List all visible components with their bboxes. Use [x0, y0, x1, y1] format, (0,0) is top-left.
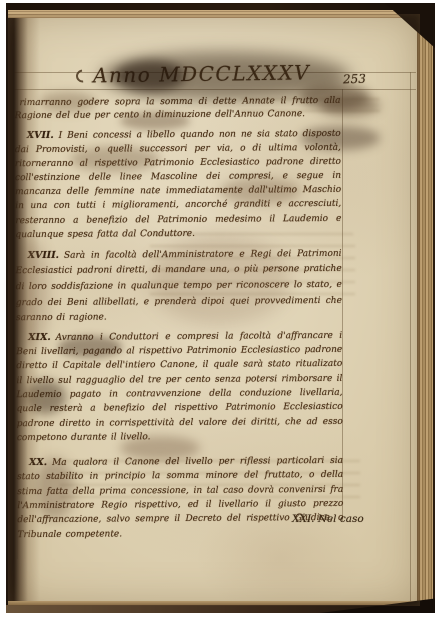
- paragraph: rimarranno godere sopra la somma di dett…: [14, 94, 340, 123]
- paragraph: XX.Ma qualora il Canone del livello per …: [17, 454, 344, 542]
- page-number: 253: [343, 72, 366, 87]
- paragraph: XVIII.Sarà in facoltà dell'Amministrator…: [16, 246, 343, 327]
- paragraph: XIX.Avranno i Conduttori e compresi la f…: [16, 329, 343, 446]
- calligraphic-flourish-icon: [73, 67, 91, 85]
- paragraph-text: I Beni concessi a libello quando non ne …: [15, 129, 342, 240]
- paragraph-number: XVII.: [27, 130, 59, 141]
- paragraph-number: XVIII.: [28, 250, 64, 261]
- ruled-line-header-bottom: [12, 89, 416, 90]
- paragraph-number: XIX.: [28, 332, 56, 343]
- catchword: XXI. Nel caso: [292, 513, 364, 525]
- paragraph-text: Sarà in facoltà dell'Amministratore e Re…: [16, 249, 342, 324]
- year-heading: Anno MDCCLXXXV: [76, 60, 310, 87]
- year-heading-text: Anno MDCCLXXXV: [93, 60, 310, 87]
- ruled-line-outer-right-margin: [410, 72, 411, 602]
- paragraph-text: Ma qualora il Canone del livello per rif…: [17, 456, 343, 540]
- paragraph-text: rimarranno godere sopra la somma di dett…: [15, 96, 341, 121]
- manuscript-text: rimarranno godere sopra la somma di dett…: [14, 94, 343, 542]
- paragraph-number: XX.: [29, 457, 52, 468]
- photo-frame: Anno MDCCLXXXV 253 rimarranno godere sop…: [0, 0, 438, 620]
- paragraph: XVII.I Beni concessi a libello quando no…: [15, 127, 342, 242]
- paragraph-text: Avranno i Conduttori e compresi la facol…: [16, 331, 343, 443]
